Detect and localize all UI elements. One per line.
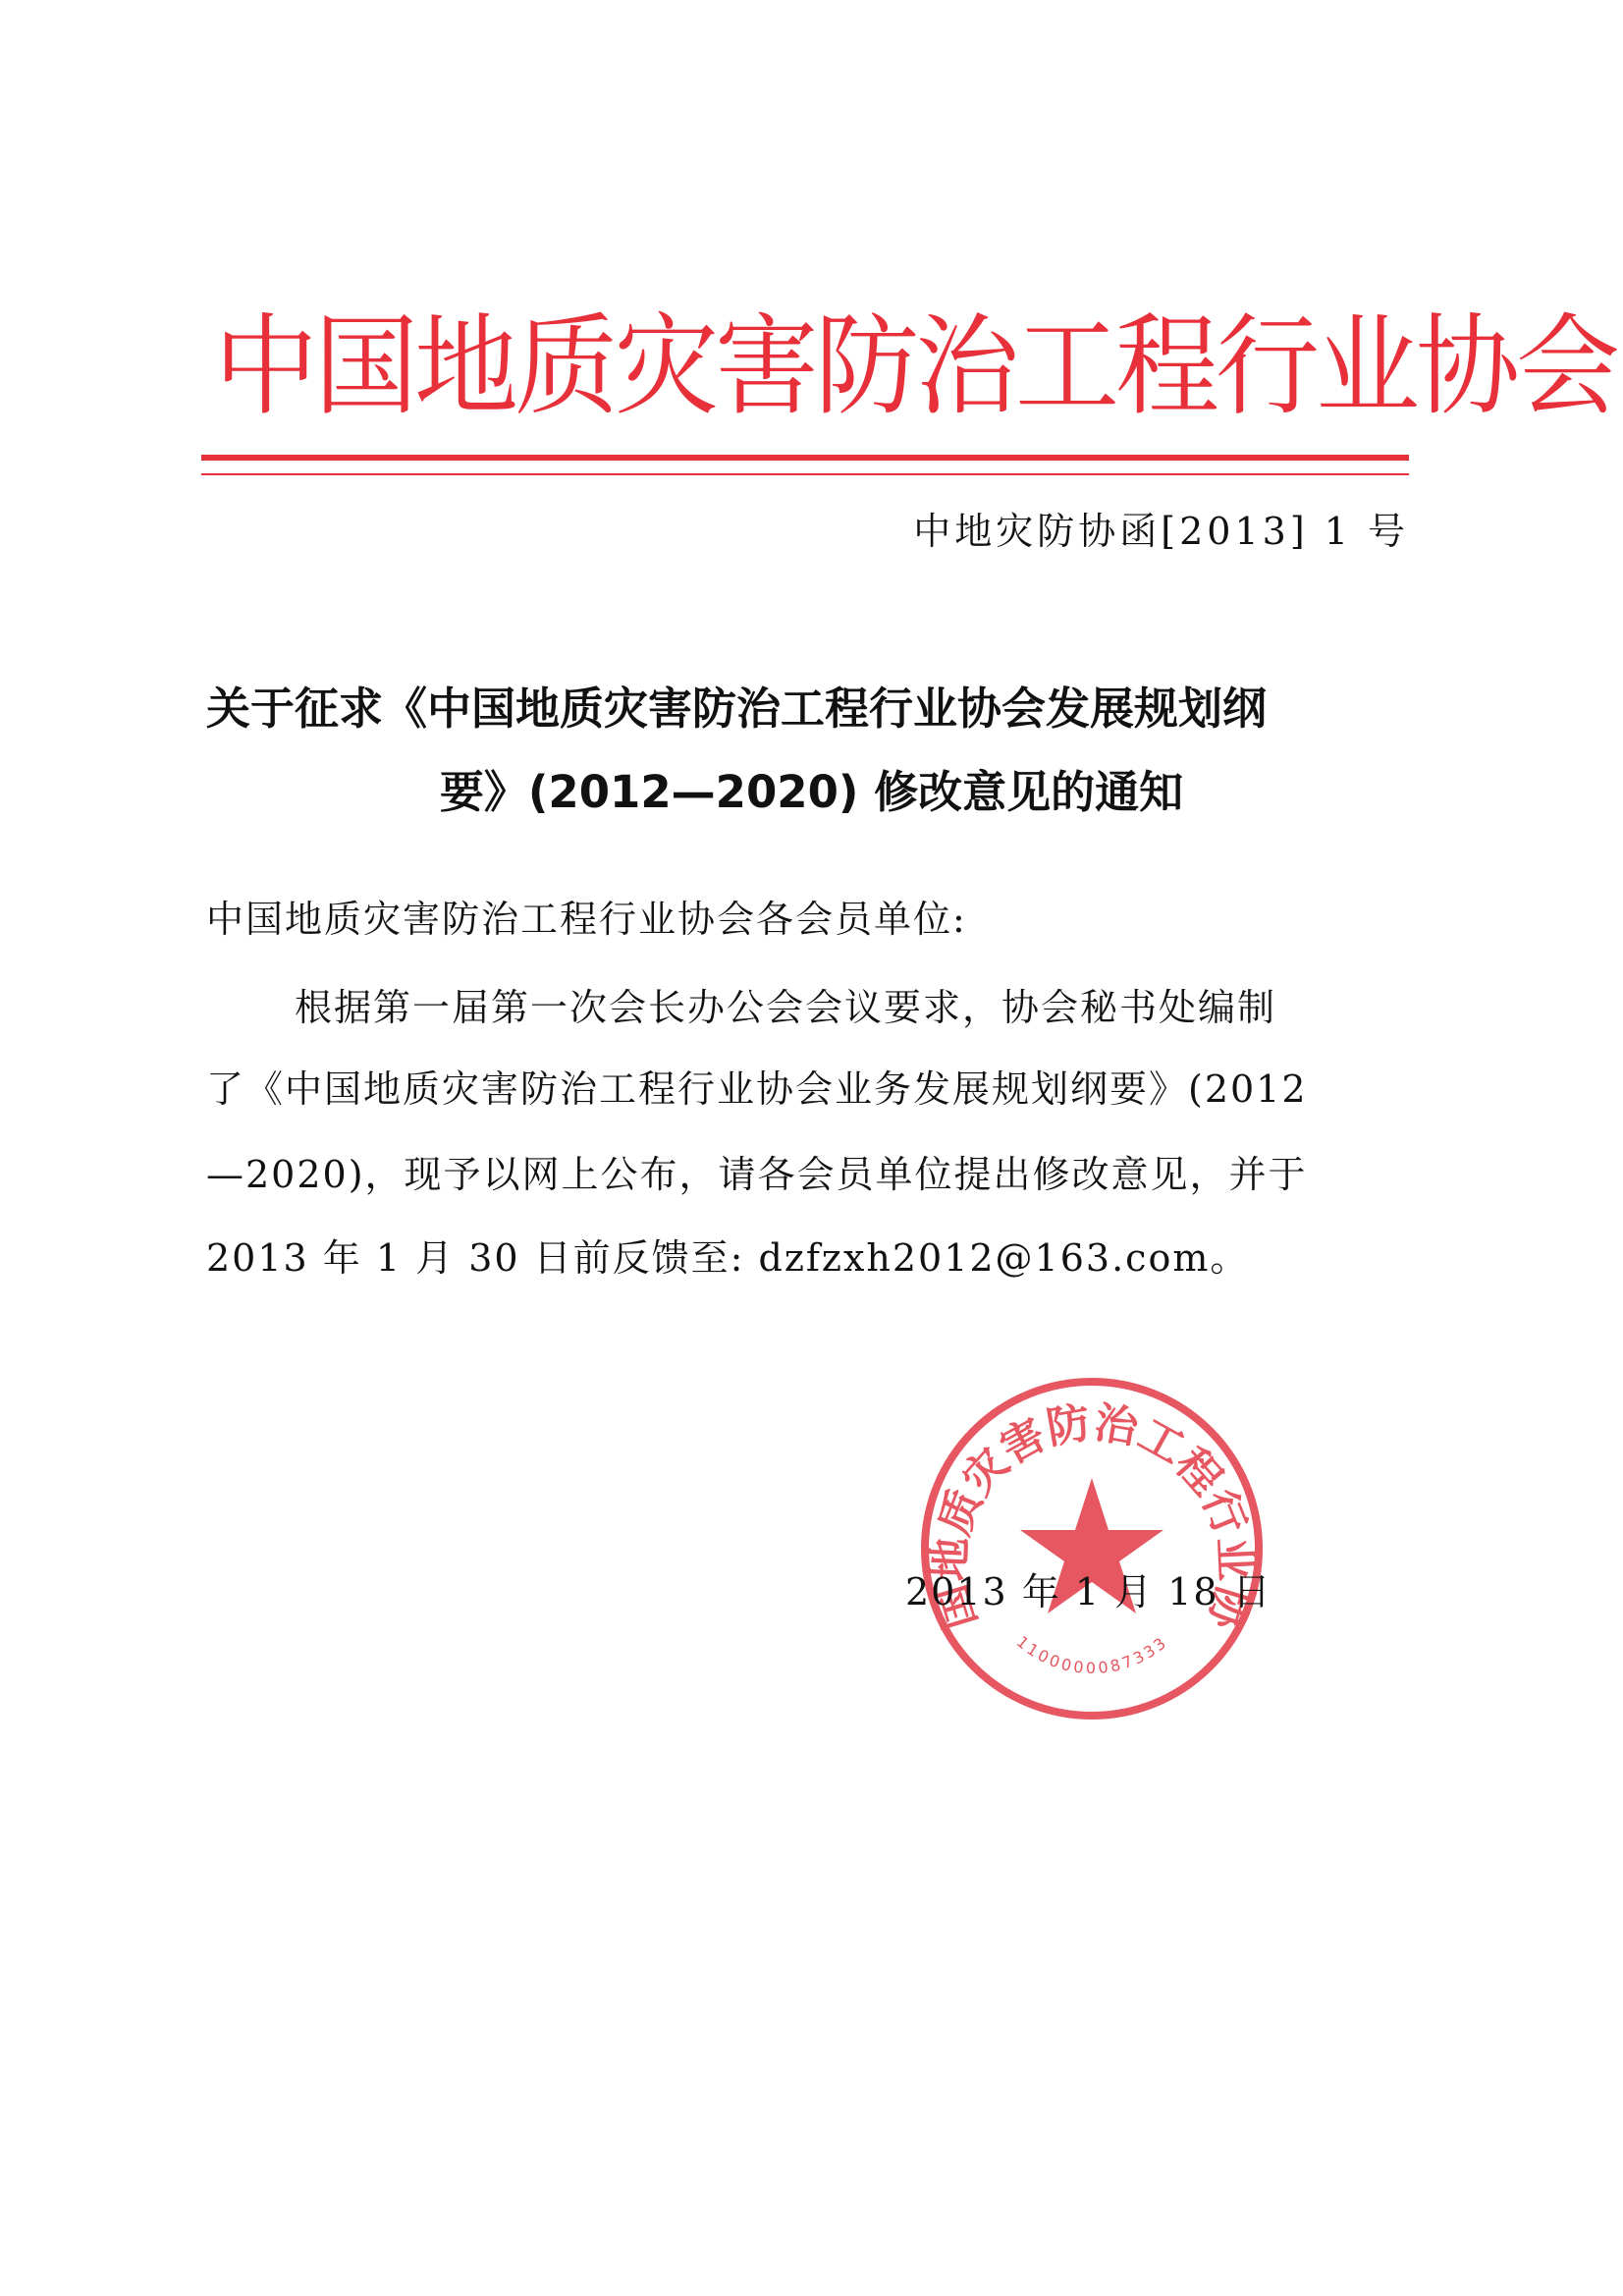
body-line: 根据第一届第一次会长办公会会议要求，协会秘书处编制 xyxy=(295,977,1276,1031)
salutation: 中国地质灾害防治工程行业协会各会员单位: xyxy=(206,889,967,943)
svg-text:1100000087333: 1100000087333 xyxy=(1013,1632,1171,1677)
document-number: 中地灾防协函[2013] 1 号 xyxy=(913,501,1409,555)
letterhead-divider-thin xyxy=(201,473,1409,475)
official-seal-stamp: 中国地质灾害防治工程行业协会 1100000087333 xyxy=(918,1375,1267,1723)
body-line: —2020)，现予以网上公布，请各会员单位提出修改意见，并于 xyxy=(206,1144,1308,1198)
seal-code: 1100000087333 xyxy=(1013,1632,1171,1677)
document-title-line-1: 关于征求《中国地质灾害防治工程行业协会发展规划纲 xyxy=(206,673,1414,737)
document-title-line-2: 要》(2012—2020) 修改意见的通知 xyxy=(0,756,1623,820)
signature-date: 2013 年 1 月 18 日 xyxy=(905,1561,1272,1615)
body-line: 了《中国地质灾害防治工程行业协会业务发展规划纲要》(2012 xyxy=(206,1059,1308,1113)
letterhead-org-name: 中国地质灾害防治工程行业协会 xyxy=(214,295,1407,439)
letterhead-divider-thick xyxy=(201,455,1409,461)
body-line: 2013 年 1 月 30 日前反馈至: dzfzxh2012@163.com。 xyxy=(206,1228,1249,1282)
